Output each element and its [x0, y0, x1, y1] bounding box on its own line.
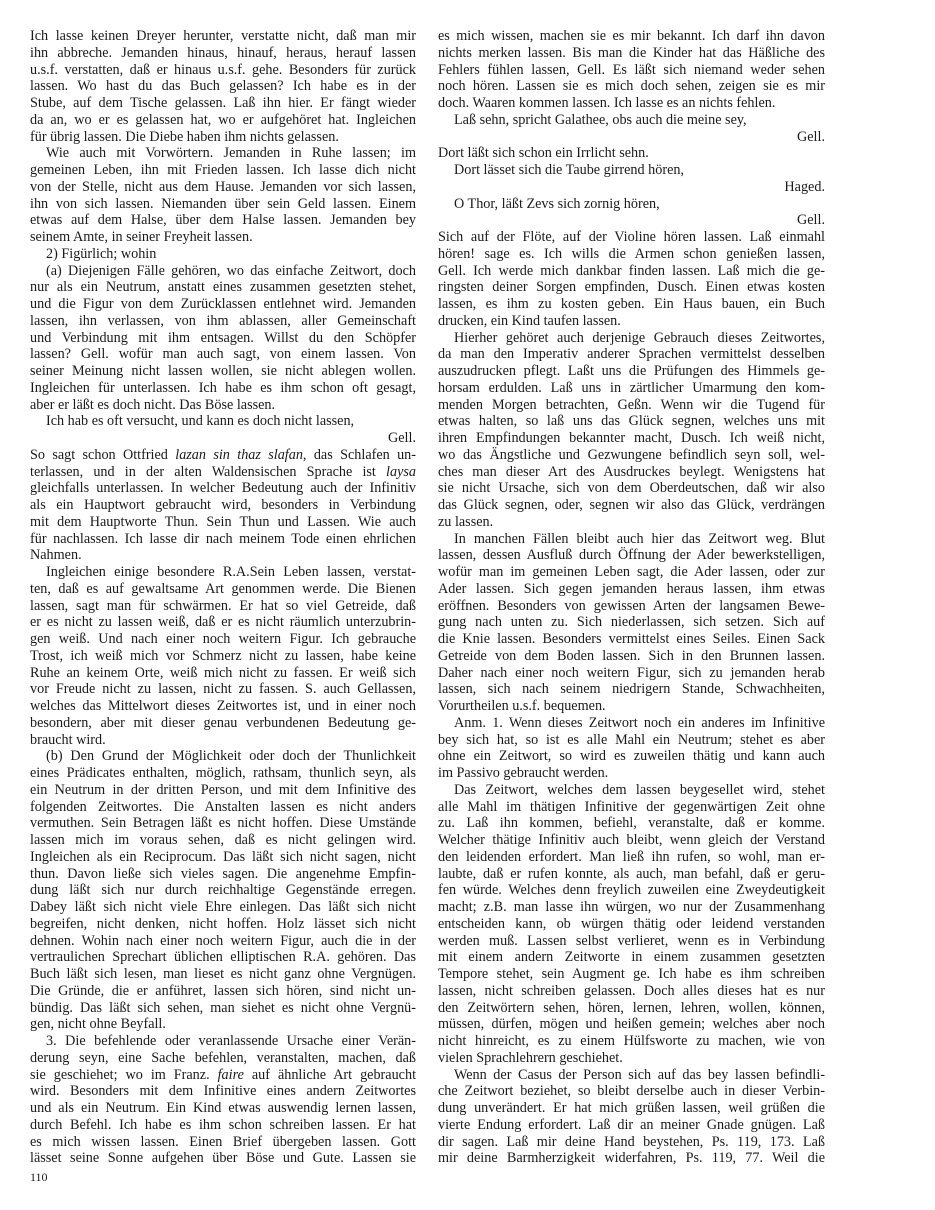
text-line: und die Figur von dem Zurücklassen entle…	[30, 296, 416, 313]
text-line: lassen, es ihm zu kosten geben. Ein Haus…	[438, 296, 825, 313]
text-line: nicht hinreicht, es zu einem Hülfsworte …	[438, 1033, 825, 1050]
text-line: ringsten deiner Sorgen empfinden, Dusch.…	[438, 279, 825, 296]
text-line: 2) Figürlich; wohin	[30, 246, 416, 263]
right-column: es mich wissen, machen sie es mir bekann…	[438, 28, 825, 1167]
text-line: es mich wissen lassen. Einen Brief überg…	[30, 1134, 416, 1151]
text-line: macht; z.B. man lasse ihn würgen, wo nur…	[438, 899, 825, 916]
text-line: ohne ein Zeitwort, so wird es zuweilen t…	[438, 748, 825, 765]
text-line: Tempore stehet, sein Augment ge. Ich hab…	[438, 966, 825, 983]
text-line: Daher nach einer noch weitern Figur, sic…	[438, 665, 825, 682]
text-line: lassen, sich nach seinem niedrigern Stan…	[438, 681, 825, 698]
text-line: müssen, dürfen, mögen und heißen gemein;…	[438, 1016, 825, 1033]
text-line: ihn abbreche. Jemanden hinaus, hinauf, h…	[30, 45, 416, 62]
text-line: gen, nicht ohne Beyfall.	[30, 1016, 416, 1033]
text-line: vermuthen. Sein Betragen läßt es nicht h…	[30, 815, 416, 832]
text-line: mit einem andern Zeitworte in einem zusa…	[438, 949, 825, 966]
text-line: che Zeitwort beziehet, so bleibt derselb…	[438, 1083, 825, 1100]
text-line: lassen mich im voraus sehen, daß es nich…	[30, 832, 416, 849]
text-line: ten, daß es auf gewaltsame Art genommen …	[30, 581, 416, 598]
text-line: ihren Empfindungen bekannter macht, Dusc…	[438, 430, 825, 447]
text-line: laubte, daß er rufen konnte, als auch, m…	[438, 866, 825, 883]
text-line: O Thor, läßt Zevs sich zornig hören,	[438, 196, 825, 213]
text-line: gemeinen Leben, ihn mit Frieden lassen. …	[30, 162, 416, 179]
text-line: dung läßt sich nur durch reichhaltige Ge…	[30, 882, 416, 899]
text-line: die Knie lassen. Besonders vermittelst e…	[438, 631, 825, 648]
text-line: Fehlers fühlen lassen, Gell. Es läßt sic…	[438, 62, 825, 79]
text-line: Sich auf der Flöte, auf der Violine höre…	[438, 229, 825, 246]
text-line: lassen, sagt man für schwärmen. Er hat s…	[30, 598, 416, 615]
text-line: Ingleichen als ein Reciprocum. Das läßt …	[30, 849, 416, 866]
text-line: Welcher thätige Infinitiv auch bleibt, w…	[438, 832, 825, 849]
text-line: Gell.	[438, 212, 825, 229]
text-line: lässet seine Sonne aufgehen über Böse un…	[30, 1150, 416, 1167]
text-line: bündig. Das läßt sich sehen, man siehet …	[30, 1000, 416, 1017]
text-line: eröffnen. Besonders von gewissen Arten d…	[438, 598, 825, 615]
text-line: dir sagen. Laß mir deine Hand beystehen,…	[438, 1134, 825, 1151]
text-line: für übrig lassen. Die Diebe haben ihm ni…	[30, 129, 416, 146]
text-line: (a) Diejenigen Fälle gehören, wo das ein…	[30, 263, 416, 280]
text-line: ein Neutrum in der dritten Person, und m…	[30, 782, 416, 799]
text-line: Laß sehn, spricht Galathee, obs auch die…	[438, 112, 825, 129]
text-line: da an, wo er es gelassen hat, wo er aufg…	[30, 112, 416, 129]
text-line: den leidenden erfordert. Man ließ ihn ru…	[438, 849, 825, 866]
text-line: alle Mahl im thätigen Infinitive der geg…	[438, 799, 825, 816]
text-line: lassen, ihn verlassen, von ihm ablassen,…	[30, 313, 416, 330]
text-line: lassen. Wo hast du das Buch gelassen? Ic…	[30, 78, 416, 95]
text-line: gen weiß. Und nach einer noch weitern Fi…	[30, 631, 416, 648]
text-line: wird. Besonders mit dem Infinitive eines…	[30, 1083, 416, 1100]
text-line: fen würde. Welches denn freylich zuweile…	[438, 882, 825, 899]
italic-term: lazan sin thaz slafan,	[175, 447, 306, 463]
text-line: seiner Meinung nicht lassen wollen, sie …	[30, 363, 416, 380]
italic-term: faire	[218, 1067, 244, 1083]
text-line: wo das Ängstliche und Gezwungene befindl…	[438, 447, 825, 464]
text-line: (b) Den Grund der Möglichkeit oder doch …	[30, 748, 416, 765]
text-line: auszudrucken pflegt. Laßt uns die Prüfun…	[438, 363, 825, 380]
text-line: als ein Hauptwort gebraucht wird, besond…	[30, 497, 416, 514]
text-line: er es nicht zu lassen weiß, daß er es ni…	[30, 614, 416, 631]
text-line: menden Morgen betrachten, Geßn. Wenn wir…	[438, 397, 825, 414]
text-line: Ingleichen einige besondere R.A.Sein Leb…	[30, 564, 416, 581]
text-line: durch Befehl. Ich habe es ihm schon schr…	[30, 1117, 416, 1134]
text-line: horsam erdulden. Laß uns in zärtlicher U…	[438, 380, 825, 397]
text-line: welches das Mittelwort dieses Zeitwortes…	[30, 698, 416, 715]
text-line: vertraulichen Sprechart üblichen ellipti…	[30, 949, 416, 966]
text-line: Trost, ich weiß mich vor Schmerz nicht z…	[30, 648, 416, 665]
text-line: begreifen, nicht denken, nicht hoffen. H…	[30, 916, 416, 933]
text-line: den Zeitwörtern sehen, hören, lernen, le…	[438, 1000, 825, 1017]
text-line: Anm. 1. Wenn dieses Zeitwort noch ein an…	[438, 715, 825, 732]
text-line: Gell.	[30, 430, 416, 447]
text-line: gleichfalls unterlassen. In welcher Bede…	[30, 480, 416, 497]
text-line: dung unverändert. Er hat mich grüßen las…	[438, 1100, 825, 1117]
dictionary-page: Ich lasse keinen Dreyer herunter, versta…	[0, 0, 935, 1210]
text-line: Stube, auf dem Tische gelassen. Laß ihn …	[30, 95, 416, 112]
text-line: eines Prädicates enthalten, möglich, rat…	[30, 765, 416, 782]
text-line: bey sich hat, so ist es alle Mahl ein Ne…	[438, 732, 825, 749]
text-line: etwas auf dem Halse, über dem Halse lass…	[30, 212, 416, 229]
text-line: und als ein Neutrum. Ein Kind etwas ausw…	[30, 1100, 416, 1117]
text-line: Ich hab es oft versucht, und kann es doc…	[30, 413, 416, 430]
text-line: Ruhe an keinem Orte, weiß mich nicht zu …	[30, 665, 416, 682]
text-line: In manchen Fällen bleibt auch hier das Z…	[438, 531, 825, 548]
text-line: Die Gründe, die er anführet, lassen sich…	[30, 983, 416, 1000]
text-line: etwas halten, so laß uns das Glück segne…	[438, 413, 825, 430]
text-line: dehnen. Wohin nach einer noch weitern Fi…	[30, 933, 416, 950]
text-line: mir deine Barmherzigkeit widerfahren, Ps…	[438, 1150, 825, 1167]
text-line: terlassen, und in der alten Waldensische…	[30, 464, 416, 481]
text-line: Vorurtheilen u.s.f. bequemen.	[438, 698, 825, 715]
text-line: Dort lässet sich die Taube girrend hören…	[438, 162, 825, 179]
text-line: ches man dieser Art des Ausdruckes beyle…	[438, 464, 825, 481]
text-line: drucken, ein Kind taufen lassen.	[438, 313, 825, 330]
text-line: vierte Endung erfordert. Laß dir an mein…	[438, 1117, 825, 1134]
page-number: 110	[30, 1170, 48, 1185]
text-line: folgenden Zeitwortes. Die Anstalten lass…	[30, 799, 416, 816]
text-line: im Passivo gebraucht werden.	[438, 765, 825, 782]
text-line: es mich wissen, machen sie es mir bekann…	[438, 28, 825, 45]
text-line: mit dem Hauptworte Thun. Sein Thun und L…	[30, 514, 416, 531]
text-line: Wie auch mit Vorwörtern. Jemanden in Ruh…	[30, 145, 416, 162]
text-line: nur als ein Neutrum, anstatt eines zusam…	[30, 279, 416, 296]
text-line: und Verbindung mit ihm entsagen. Willst …	[30, 330, 416, 347]
text-line: So sagt schon Ottfried lazan sin thaz sl…	[30, 447, 416, 464]
text-line: da man den Imperativ anderer Sprachen ve…	[438, 346, 825, 363]
italic-term: laysa	[386, 464, 416, 480]
text-line: besondern, aber mit dieser genau verbund…	[30, 715, 416, 732]
text-line: gung nach unten zu. Sich niederlassen, s…	[438, 614, 825, 631]
text-line: sie nicht Ursache, sich von dem Oberdeut…	[438, 480, 825, 497]
text-line: aber er läßt es doch nicht. Das Böse las…	[30, 397, 416, 414]
left-column: Ich lasse keinen Dreyer herunter, versta…	[30, 28, 416, 1167]
text-line: Das Zeitwort, welches dem lassen beygese…	[438, 782, 825, 799]
text-line: Getreide von dem Boden lassen. Sich in d…	[438, 648, 825, 665]
text-line: lassen, dessen Ausfluß durch Öffnung der…	[438, 547, 825, 564]
text-line: Haged.	[438, 179, 825, 196]
text-line: braucht wird.	[30, 732, 416, 749]
text-line: u.s.f. verstatten, daß er hinaus u.s.f. …	[30, 62, 416, 79]
text-line: Gell. Ich werde mich dankbar finden lass…	[438, 263, 825, 280]
text-line: zu. Laß ihn kommen, befiehl, veranstalte…	[438, 815, 825, 832]
text-line: 3. Die befehlende oder veranlassende Urs…	[30, 1033, 416, 1050]
text-line: vielen Sprachlehrern geschiehet.	[438, 1050, 825, 1067]
text-line: ihn von sich lassen. Niemanden über sein…	[30, 196, 416, 213]
text-line: Dort läßt sich schon ein Irrlicht sehn.	[438, 145, 825, 162]
text-line: vor Freude nicht zu lassen, nicht zu fas…	[30, 681, 416, 698]
text-line: Nahmen.	[30, 547, 416, 564]
text-line: zu lassen.	[438, 514, 825, 531]
text-line: werden muß. Lassen selbst verlieret, wen…	[438, 933, 825, 950]
text-line: seinem Amte, in seiner Freyheit lassen.	[30, 229, 416, 246]
text-line: derung seyn, eine Sache befehlen, verans…	[30, 1050, 416, 1067]
text-line: von der Stelle, nicht aus dem Hause. Jem…	[30, 179, 416, 196]
text-line: Ader lassen. Sich gegen jemanden heraus …	[438, 581, 825, 598]
text-line: lassen? Gell. wofür man auch sagt, von e…	[30, 346, 416, 363]
text-line: Ich lasse keinen Dreyer herunter, versta…	[30, 28, 416, 45]
text-line: Buch läßt sich lesen, man lieset es nich…	[30, 966, 416, 983]
text-line: sie geschiehet; wo im Franz. faire auf ä…	[30, 1067, 416, 1084]
text-line: Ingleichen für unterlassen. Ich habe es …	[30, 380, 416, 397]
text-line: thun. Davon ließe sich vieles sagen. Die…	[30, 866, 416, 883]
text-line: für nachlassen. Ich lasse dir nach meine…	[30, 531, 416, 548]
text-line: Wenn der Casus der Person sich auf das b…	[438, 1067, 825, 1084]
text-line: das Glück segnen, oder, segnen wir also …	[438, 497, 825, 514]
text-line: hören! sage es. Ich wills die Armen scho…	[438, 246, 825, 263]
text-line: entscheiden kann, ob würgen thätig oder …	[438, 916, 825, 933]
text-line: wofür man im gemeinen Leben sagt, die Ad…	[438, 564, 825, 581]
text-line: doch. Waaren kommen lassen. Ich lasse es…	[438, 95, 825, 112]
text-line: Hierher gehöret auch derjenige Gebrauch …	[438, 330, 825, 347]
text-line: Gell.	[438, 129, 825, 146]
text-line: lassen, nicht schreiben gelassen. Doch a…	[438, 983, 825, 1000]
text-line: noch hören. Lassen sie es mich doch sehe…	[438, 78, 825, 95]
text-line: Dabey läßt sich nicht viele Ehre einlege…	[30, 899, 416, 916]
text-line: nichts merken lassen. Bis man die Kinder…	[438, 45, 825, 62]
